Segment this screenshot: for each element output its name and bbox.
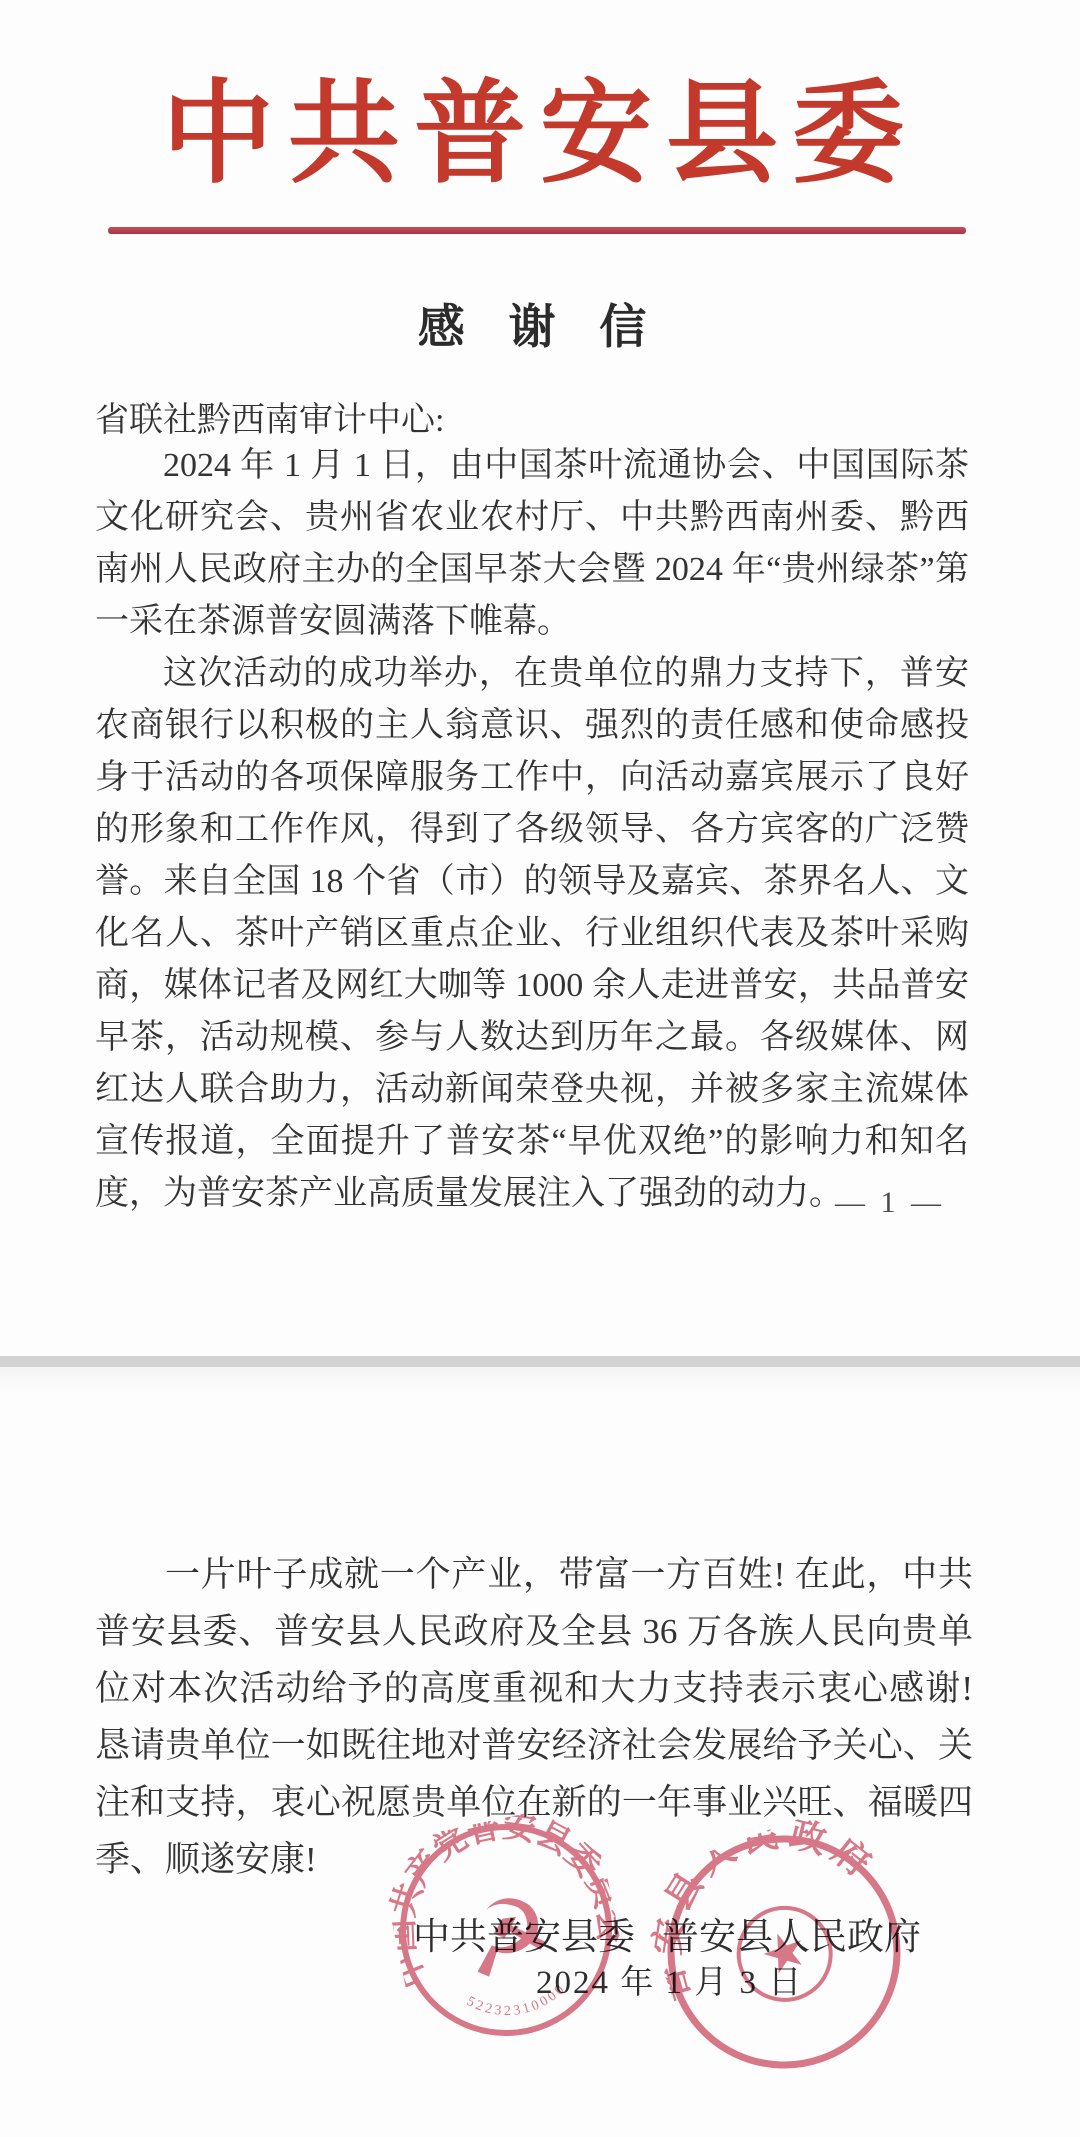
signature-party-committee: 中共普安县委 bbox=[413, 1906, 635, 1960]
letter-page: 中共普安县委 感 谢 信 省联社黔西南审计中心: 2024 年 1 月 1 日，… bbox=[0, 0, 1080, 2137]
letterhead-org: 中共普安县委 bbox=[0, 44, 1080, 205]
page-break-divider bbox=[0, 1356, 1080, 1367]
body-paragraph-1: 2024 年 1 月 1 日，由中国茶叶流通协会、中国国际茶文化研究会、贵州省农… bbox=[95, 440, 969, 648]
page-break-shade bbox=[0, 1367, 1080, 1393]
letterhead-rule bbox=[108, 227, 966, 234]
salutation: 省联社黔西南审计中心: bbox=[95, 392, 975, 441]
signature-government: 普安县人民政府 bbox=[662, 1906, 921, 1960]
page-number: — 1 — bbox=[770, 1186, 1010, 1220]
body-paragraph-3: 一片叶子成就一个产业，带富一方百姓! 在此，中共普安县委、普安县人民政府及全县 … bbox=[95, 1546, 973, 1888]
letter-title: 感 谢 信 bbox=[0, 290, 1080, 357]
signature-row: 中共普安县委 普安县人民政府 bbox=[0, 1906, 1080, 1956]
body-paragraph-2: 这次活动的成功举办，在贵单位的鼎力支持下，普安农商银行以积极的主人翁意识、强烈的… bbox=[95, 648, 969, 1220]
letter-date: 2024 年 1 月 3 日 bbox=[536, 1956, 803, 2003]
